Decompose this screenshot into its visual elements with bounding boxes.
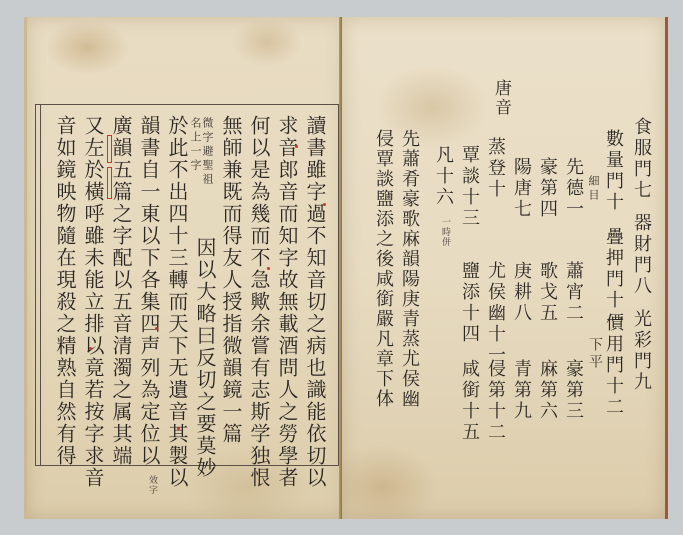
- text-column-5: 因以大略曰反切之要莫妙: [195, 237, 215, 479]
- annotation-column-2: 名上一字: [190, 117, 201, 173]
- rhyme-list-4a: 蒸登十: [486, 137, 504, 200]
- summary-column-2: 侵覃談鹽添之後咸銜嚴凡章下体: [374, 129, 392, 409]
- category-column-1c: 光彩門九: [632, 309, 650, 393]
- text-column-2: 求音郎音而知字故無載酒問人之勞學者: [277, 115, 297, 489]
- rhyme-list-2b: 歌戈五: [538, 261, 556, 324]
- rhyme-list-3c: 青第九: [512, 359, 530, 422]
- rhyme-list-5c: 咸銜十五: [460, 359, 478, 443]
- frame-rule: [40, 105, 41, 465]
- text-column-3: 何以是為幾而不急歟余嘗有志斯学独恨: [249, 115, 269, 489]
- rhyme-list-1a: 先德一: [564, 157, 582, 220]
- left-page: 讀書雖字過不知音切之病也識能依切以 求音郎音而知字故無載酒問人之勞學者 何以是為…: [24, 17, 345, 519]
- rhyme-list-3a: 陽唐七: [512, 157, 530, 220]
- category-column-2c: 價用門十二: [604, 313, 622, 418]
- annotation-column-1: 微字避聖祖: [202, 117, 213, 187]
- rhyme-list-5a: 覃談十三: [460, 145, 478, 229]
- red-punctuation-dot: [295, 145, 298, 148]
- category-column-1a: 食服門七: [632, 117, 650, 201]
- rhyme-list-2a: 豪第四: [538, 157, 556, 220]
- text-column-6: 於此不出四十三轉而天下无遺音其製以: [167, 115, 187, 489]
- summary-column-1: 先蕭肴豪歌麻韻陽庚青蒸尤侯幽: [400, 129, 418, 409]
- red-proper-noun-mark: [107, 167, 112, 199]
- red-proper-noun-mark: [107, 135, 112, 163]
- text-column-4: 無師兼既而得友人授指微韻鏡一篇: [221, 115, 241, 445]
- open-book: 讀書雖字過不知音切之病也識能依切以 求音郎音而知字故無載酒問人之勞學者 何以是為…: [24, 17, 665, 519]
- category-column-1b: 器財門八: [632, 213, 650, 297]
- rhyme-list-4c: 侵第十二: [486, 359, 504, 443]
- red-punctuation-dot: [177, 427, 180, 430]
- rhyme-list-2c: 麻第六: [538, 359, 556, 422]
- text-column-10: 音如鏡映物隨在現殺之精熟自然有得: [55, 115, 75, 467]
- red-punctuation-dot: [323, 203, 326, 206]
- text-column-8: 廣韻五篇之字配以五音清濁之属其端: [111, 115, 131, 467]
- red-punctuation-dot: [155, 327, 158, 330]
- subtitle-saimoku: 細目: [588, 175, 599, 203]
- subtitle-kahyo: 下平: [588, 337, 602, 371]
- rhyme-list-6: 凡十六: [434, 145, 452, 208]
- rhyme-list-4b: 尤侯幽十一: [486, 261, 504, 366]
- note-small: 一時併: [440, 217, 449, 247]
- rhyme-list-5b: 鹽添十四: [460, 261, 478, 345]
- rhyme-list-3b: 庚耕八: [512, 261, 530, 324]
- rhyme-list-1c: 豪第三: [564, 359, 582, 422]
- text-column-7: 韻書自一東以下各集四声列為定位以: [139, 115, 159, 467]
- rhyme-list-1b: 蕭宵二: [564, 261, 582, 324]
- category-column-2a: 數量門十: [604, 129, 622, 213]
- right-page: 唐音 食服門七 器財門八 光彩門九 數量門十 疊押門十一 價用門十二 細目 下平…: [342, 17, 668, 519]
- text-column-9: 又左於橫呼雖未能立排以竟若按字求音: [83, 115, 103, 489]
- text-column-1: 讀書雖字過不知音切之病也識能依切以: [305, 115, 325, 489]
- red-punctuation-dot: [267, 267, 270, 270]
- red-punctuation-dot: [89, 347, 92, 350]
- section-title: 唐音: [492, 79, 509, 117]
- bottom-annotation: 效字: [147, 475, 156, 495]
